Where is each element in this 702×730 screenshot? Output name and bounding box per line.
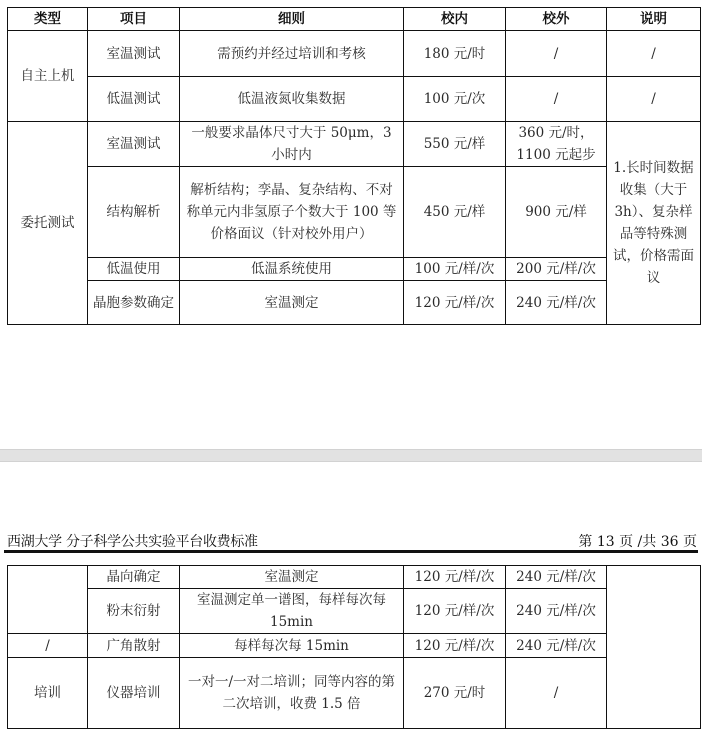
- table-header-row: 类型 项目 细则 校内 校外 说明: [8, 8, 701, 31]
- page-separator: [0, 449, 702, 462]
- table-row: 委托测试 室温测试 一般要求晶体尺寸大于 50μm，3 小时内 550 元/样 …: [8, 122, 701, 167]
- detail-cell: 室温测定: [180, 281, 404, 325]
- internal-price-cell: 100 元/样/次: [404, 258, 506, 281]
- page-number: 第 13 页 /共 36 页: [578, 531, 697, 551]
- internal-price-cell: 450 元/样: [404, 167, 506, 258]
- item-cell: 粉末衍射: [88, 589, 180, 634]
- note-cell: 1.长时间数据收集（大于 3h）、复杂样品等特殊测试，价格需面议: [607, 122, 701, 325]
- internal-price-cell: 100 元/次: [404, 77, 506, 122]
- detail-cell: 室温测定单一谱图，每样每次每 15min: [180, 589, 404, 634]
- header-note: 说明: [607, 8, 701, 31]
- note-cell: [607, 566, 701, 729]
- document-title: 西湖大学 分子科学公共实验平台收费标准: [7, 531, 258, 551]
- item-cell: 广角散射: [88, 634, 180, 658]
- external-price-cell: 240 元/样/次: [506, 566, 607, 589]
- group-type-cell: 自主上机: [8, 31, 88, 122]
- group-type-cell: [8, 566, 88, 634]
- detail-cell: 一对一/一对二培训；同等内容的第二次培训，收费 1.5 倍: [180, 658, 404, 729]
- detail-cell: 解析结构；孪晶、复杂结构、不对称单元内非氢原子个数大于 100 等价格面议（针对…: [180, 167, 404, 258]
- item-cell: 室温测试: [88, 31, 180, 77]
- header-type: 类型: [8, 8, 88, 31]
- external-price-cell: /: [506, 77, 607, 122]
- internal-price-cell: 120 元/样/次: [404, 281, 506, 325]
- internal-price-cell: 180 元/时: [404, 31, 506, 77]
- fee-table-top: 类型 项目 细则 校内 校外 说明 自主上机 室温测试 需预约并经过培训和考核 …: [7, 7, 701, 325]
- external-price-cell: 240 元/样/次: [506, 589, 607, 634]
- external-price-cell: /: [506, 658, 607, 729]
- internal-price-cell: 120 元/样/次: [404, 566, 506, 589]
- table-row: 培训 仪器培训 一对一/一对二培训；同等内容的第二次培训，收费 1.5 倍 27…: [8, 658, 701, 729]
- document-page-top: 类型 项目 细则 校内 校外 说明 自主上机 室温测试 需预约并经过培训和考核 …: [0, 0, 702, 449]
- internal-price-cell: 120 元/样/次: [404, 634, 506, 658]
- fee-table-bottom: 晶向确定 室温测定 120 元/样/次 240 元/样/次 粉末衍射 室温测定单…: [7, 565, 701, 729]
- header-item: 项目: [88, 8, 180, 31]
- header-internal: 校内: [404, 8, 506, 31]
- table-row: 低温测试 低温液氮收集数据 100 元/次 / /: [8, 77, 701, 122]
- external-price-cell: 200 元/样/次: [506, 258, 607, 281]
- table-row: 晶胞参数确定 室温测定 120 元/样/次 240 元/样/次: [8, 281, 701, 325]
- note-cell: /: [607, 77, 701, 122]
- header-divider: [4, 550, 698, 553]
- internal-price-cell: 270 元/时: [404, 658, 506, 729]
- item-cell: 结构解析: [88, 167, 180, 258]
- table-row: 低温使用 低温系统使用 100 元/样/次 200 元/样/次: [8, 258, 701, 281]
- detail-cell: 室温测定: [180, 566, 404, 589]
- table-row: 自主上机 室温测试 需预约并经过培训和考核 180 元/时 / /: [8, 31, 701, 77]
- item-cell: 仪器培训: [88, 658, 180, 729]
- detail-cell: 低温液氮收集数据: [180, 77, 404, 122]
- detail-cell: 每样每次每 15min: [180, 634, 404, 658]
- note-cell: /: [607, 31, 701, 77]
- external-price-cell: 360 元/时，1100 元起步: [506, 122, 607, 167]
- internal-price-cell: 120 元/样/次: [404, 589, 506, 634]
- detail-cell: 低温系统使用: [180, 258, 404, 281]
- table-row: 粉末衍射 室温测定单一谱图，每样每次每 15min 120 元/样/次 240 …: [8, 589, 701, 634]
- document-page-bottom: 西湖大学 分子科学公共实验平台收费标准 第 13 页 /共 36 页 晶向确定 …: [0, 462, 702, 730]
- external-price-cell: 240 元/样/次: [506, 281, 607, 325]
- detail-cell: 需预约并经过培训和考核: [180, 31, 404, 77]
- item-cell: 低温测试: [88, 77, 180, 122]
- table-row: / 广角散射 每样每次每 15min 120 元/样/次 240 元/样/次: [8, 634, 701, 658]
- external-price-cell: 900 元/样: [506, 167, 607, 258]
- external-price-cell: /: [506, 31, 607, 77]
- header-detail: 细则: [180, 8, 404, 31]
- detail-cell: 一般要求晶体尺寸大于 50μm，3 小时内: [180, 122, 404, 167]
- group-type-cell: 委托测试: [8, 122, 88, 325]
- item-cell: 低温使用: [88, 258, 180, 281]
- internal-price-cell: 550 元/样: [404, 122, 506, 167]
- table-row: 结构解析 解析结构；孪晶、复杂结构、不对称单元内非氢原子个数大于 100 等价格…: [8, 167, 701, 258]
- item-cell: 室温测试: [88, 122, 180, 167]
- group-type-cell: 培训: [8, 658, 88, 729]
- item-cell: 晶胞参数确定: [88, 281, 180, 325]
- table-row: 晶向确定 室温测定 120 元/样/次 240 元/样/次: [8, 566, 701, 589]
- group-type-cell: /: [8, 634, 88, 658]
- page-header: 西湖大学 分子科学公共实验平台收费标准 第 13 页 /共 36 页: [7, 531, 697, 551]
- item-cell: 晶向确定: [88, 566, 180, 589]
- external-price-cell: 240 元/样/次: [506, 634, 607, 658]
- header-external: 校外: [506, 8, 607, 31]
